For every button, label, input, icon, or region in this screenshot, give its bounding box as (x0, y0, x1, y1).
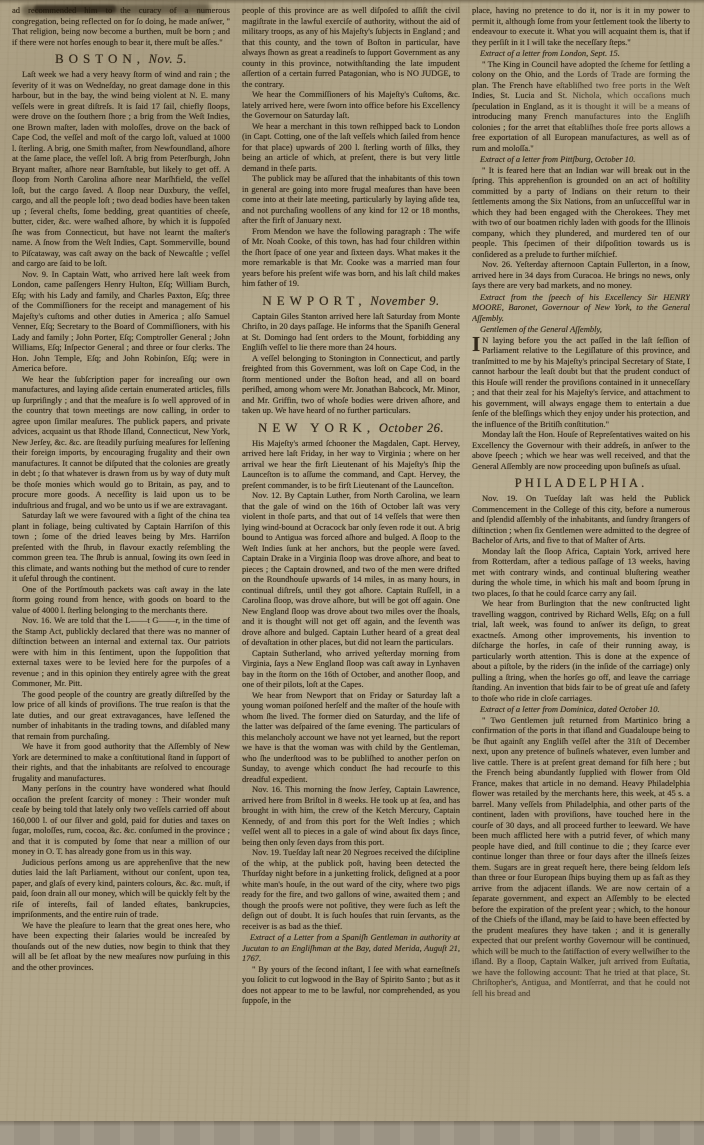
dateline-city: NEW YORK, (258, 420, 375, 435)
news-paragraph: " The King in Council have adopted the ſ… (472, 59, 690, 154)
letter-extract-heading: Gentlemen of the General Aſſembly, (472, 324, 690, 335)
dateline-city: PHILADELPHIA. (515, 476, 647, 490)
letter-extract-heading: Extract from the ſpeech of his Excellenc… (472, 292, 690, 324)
newspaper-page: ad recommended him to the curacy of a nu… (0, 0, 704, 1145)
news-paragraph: IN laying before you the act paſſed in t… (472, 335, 690, 430)
news-paragraph: place, having no pretence to do it, nor … (472, 5, 690, 47)
news-paragraph: A veſſel belonging to Stonington in Conn… (242, 353, 460, 416)
news-paragraph: From Mendon we have the following paragr… (242, 226, 460, 289)
news-paragraph: Judicious perſons among us are apprehenſ… (12, 857, 230, 920)
news-paragraph: Nov. 19. Tueſday laſt near 20 Negroes re… (242, 847, 460, 931)
news-paragraph: We hear a merchant in this town reſhippe… (242, 121, 460, 174)
newsprint-columns: ad recommended him to the curacy of a nu… (12, 5, 696, 1121)
news-paragraph: Nov. 16. This morning the ſnow Jerſey, C… (242, 784, 460, 847)
section-heading-newyork: NEW YORK, October 26. (242, 420, 460, 436)
news-paragraph: Captain Sutherland, who arrived yeſterda… (242, 648, 460, 690)
dateline-date: November 9. (367, 294, 440, 308)
section-heading-newport: NEWPORT, November 9. (242, 293, 460, 309)
news-paragraph: We hear from Burlington that the new con… (472, 598, 690, 703)
news-paragraph: Monday laſt the Hon. Houſe of Repreſenta… (472, 429, 690, 471)
news-paragraph: " It is feared here that an Indian war w… (472, 165, 690, 260)
letter-extract-heading: Extract of a letter from London, Sept. 1… (472, 48, 690, 59)
news-paragraph: Monday laſt the ſloop Africa, Captain Yo… (472, 546, 690, 599)
news-paragraph: One of the Portſmouth packets was caſt a… (12, 584, 230, 616)
letter-extract-heading: Extract of a Letter from a Spaniſh Gentl… (242, 932, 460, 964)
scan-bottom-band (0, 1121, 704, 1145)
news-paragraph: " Two Gentlemen juſt returned from Marti… (472, 715, 690, 999)
dateline-city: BOSTON, (55, 51, 145, 66)
news-paragraph: Nov. 19. On Tueſday laſt was held the Pu… (472, 493, 690, 546)
news-paragraph: We hear the Commiſſioners of his Majeſty… (242, 89, 460, 121)
drop-cap: I (472, 335, 482, 354)
news-paragraph: people of this province are as well diſp… (242, 5, 460, 89)
text-column-2: people of this province are as well diſp… (242, 5, 460, 1121)
news-paragraph: Nov. 26. Yeſterday afternoon Captain Ful… (472, 259, 690, 291)
news-paragraph: His Majeſty's armed ſchooner the Magdale… (242, 438, 460, 491)
news-paragraph: Captain Giles Stanton arrived here laſt … (242, 311, 460, 353)
news-paragraph: Nov. 16. We are told that the L——t G——r,… (12, 615, 230, 689)
news-paragraph: We have it from good authority that the … (12, 741, 230, 783)
news-paragraph: We have the pleaſure to learn that the g… (12, 920, 230, 973)
dateline-date: Nov. 5. (145, 52, 187, 66)
section-heading-philadelphia: PHILADELPHIA. (472, 475, 690, 491)
text-column-1: ad recommended him to the curacy of a nu… (12, 5, 230, 1121)
ink-smear-core (34, 5, 116, 13)
dateline-city: NEWPORT, (262, 293, 366, 308)
letter-extract-heading: Extract of a letter from Dominica, dated… (472, 704, 690, 715)
news-paragraph: Many perſons in the country have wondere… (12, 783, 230, 857)
news-paragraph: " By yours of the ſecond inſtant, I ſee … (242, 964, 460, 1006)
news-paragraph: Saturday laſt we were favoured with a ſi… (12, 510, 230, 584)
news-paragraph: The publick may be aſſured that the inha… (242, 173, 460, 226)
news-paragraph: Nov. 12. By Captain Luther, from North C… (242, 490, 460, 648)
news-paragraph: Nov. 9. In Captain Watt, who arrived her… (12, 269, 230, 374)
section-heading-boston: BOSTON, Nov. 5. (12, 51, 230, 67)
news-paragraph: Laſt week we had a very heavy ſtorm of w… (12, 69, 230, 269)
news-paragraph: The good people of the country are great… (12, 689, 230, 742)
news-paragraph: We hear from Newport that on Friday or S… (242, 690, 460, 785)
dateline-date: October 26. (375, 421, 444, 435)
letter-extract-heading: Extract of a letter from Pittſburg, Octo… (472, 154, 690, 165)
news-paragraph: We hear the ſubſcription paper for incre… (12, 374, 230, 511)
text-column-3: place, having no pretence to do it, nor … (472, 5, 690, 1121)
